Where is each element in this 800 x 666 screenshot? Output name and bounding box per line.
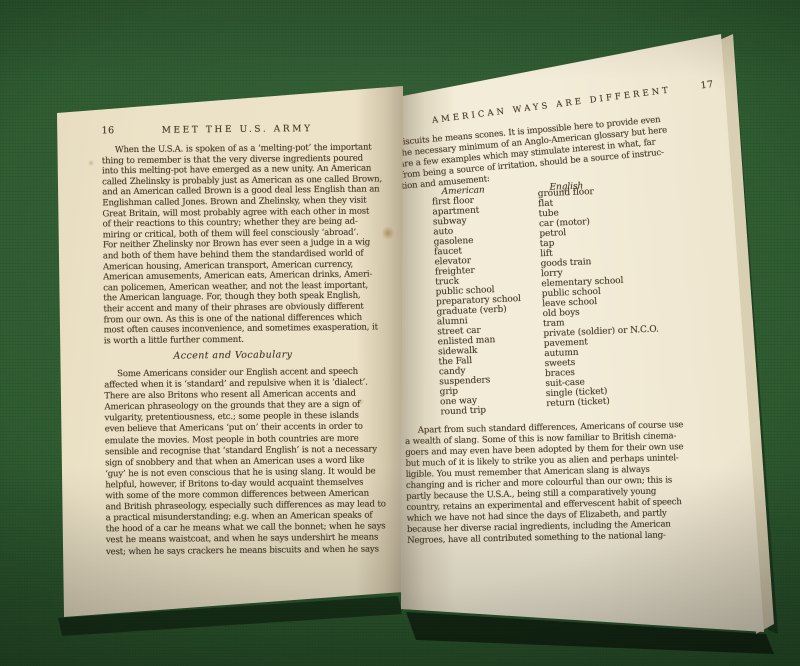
glossary-rows: first floorground floorapartmentflatsubw… <box>420 188 675 418</box>
glossary-cell-english: goods train <box>540 257 591 269</box>
right-running-header: AMERICAN WAYS ARE DIFFERENT 17 <box>431 79 714 126</box>
left-running-header: 16 MEET THE U.S. ARMY <box>102 123 360 137</box>
left-page-number: 16 <box>102 125 115 136</box>
glossary-cell-english: ground floor <box>538 187 594 199</box>
foxing-spot <box>357 398 364 405</box>
left-paragraph-1: When the U.S.A. is spoken of as a ‘melti… <box>102 143 362 347</box>
glossary-cell-english: lift <box>540 249 553 259</box>
glossary-cell-english: tap <box>540 239 555 250</box>
section-heading: Accent and Vocabulary <box>104 349 362 363</box>
right-paragraph-2: Apart from such standard differences, Am… <box>405 420 687 547</box>
glossary-cell-english: flat <box>538 199 553 210</box>
foxing-spot <box>88 160 94 166</box>
right-page-number: 17 <box>700 79 714 92</box>
glossary-cell-english: return (ticket) <box>546 397 610 410</box>
glossary-table: American English first floorground floor… <box>419 178 674 418</box>
foxing-spot <box>382 226 394 240</box>
text-line: is worth a little further comment. <box>104 333 362 346</box>
glossary-cell-english: petrol <box>539 228 566 239</box>
table-surface: 16 MEET THE U.S. ARMY When the U.S.A. is… <box>0 0 800 666</box>
left-paragraph-2: Some Americans consider our English acce… <box>104 367 364 558</box>
left-header-title: MEET THE U.S. ARMY <box>115 124 360 137</box>
text-line: vest; when he says crackers he means bis… <box>106 544 364 558</box>
